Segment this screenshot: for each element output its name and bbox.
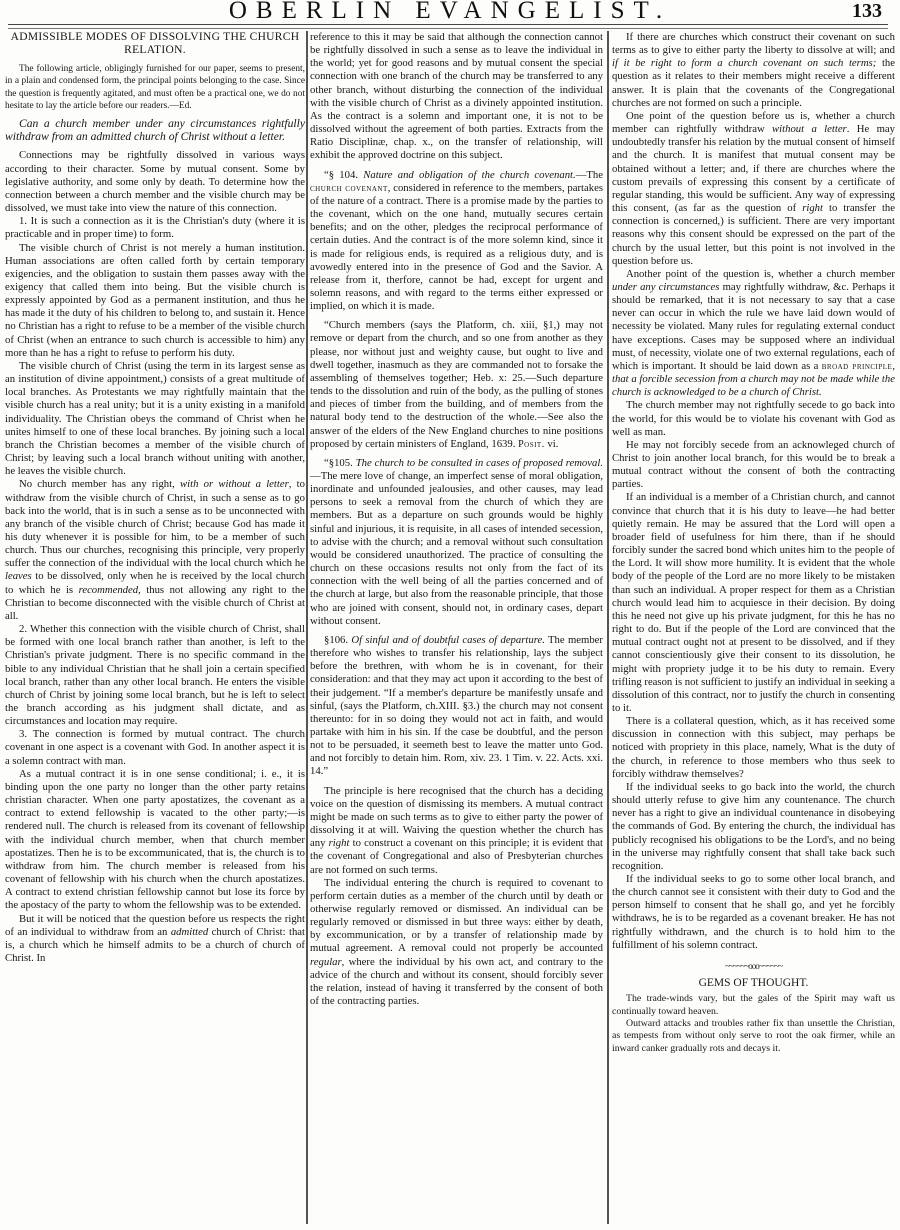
- column-divider: [306, 31, 308, 1224]
- gem-item: The trade-winds vary, but the gales of t…: [612, 993, 895, 1018]
- platform-quote: “Church members (says the Platform, ch. …: [310, 319, 603, 451]
- masthead: OBERLIN EVANGELIST. 133: [0, 0, 900, 24]
- paragraph: If an individual is a member of a Christ…: [612, 491, 895, 715]
- article-question: Can a church member under any circumstan…: [5, 117, 305, 144]
- paragraph: Connections may be rightfully dissolved …: [5, 149, 305, 215]
- paragraph: reference to this it may be said that al…: [310, 31, 603, 163]
- paragraph: 1. It is such a connection as it is the …: [5, 215, 305, 241]
- paragraph: The individual entering the church is re…: [310, 877, 603, 1009]
- article-heading: ADMISSIBLE MODES OF DISSOLVING THE CHURC…: [5, 31, 305, 57]
- paragraph: If there are churches which construct th…: [612, 31, 895, 110]
- editor-intro: The following article, obligingly furnis…: [5, 63, 305, 113]
- ornamental-divider: ~~~~~~ooo~~~~~~: [612, 960, 895, 973]
- paragraph: He may not forcibly secede from an ackno…: [612, 439, 895, 492]
- masthead-rule: [8, 24, 888, 29]
- section-105: “§105. The church to be consulted in cas…: [310, 457, 603, 628]
- paragraph: There is a collateral question, which, a…: [612, 715, 895, 781]
- paragraph: Another point of the question is, whethe…: [612, 268, 895, 400]
- paragraph: 3. The connection is formed by mutual co…: [5, 728, 305, 767]
- column-divider: [607, 31, 609, 1224]
- paragraph: If the individual seeks to go back into …: [612, 781, 895, 873]
- newspaper-title: OBERLIN EVANGELIST.: [0, 0, 900, 25]
- paragraph: 2. Whether this connection with the visi…: [5, 623, 305, 728]
- section-104: “§ 104. Nature and obligation of the chu…: [310, 169, 603, 314]
- paragraph: The principle is here recognised that th…: [310, 785, 603, 877]
- paragraph: No church member has any right, with or …: [5, 478, 305, 623]
- gems-heading: GEMS OF THOUGHT.: [612, 977, 895, 990]
- page-number: 133: [852, 0, 882, 23]
- paragraph: One point of the question before us is, …: [612, 110, 895, 268]
- column-3: If there are churches which construct th…: [612, 31, 895, 1055]
- section-106: §106. Of sinful and of doubtful cases of…: [310, 634, 603, 779]
- gem-item: Outward attacks and troubles rather fix …: [612, 1018, 895, 1055]
- paragraph: The visible church of Christ (using the …: [5, 360, 305, 478]
- paragraph: If the individual seeks to go to some ot…: [612, 873, 895, 952]
- column-2: reference to this it may be said that al…: [310, 31, 603, 1008]
- column-1: ADMISSIBLE MODES OF DISSOLVING THE CHURC…: [5, 31, 305, 965]
- paragraph: But it will be noticed that the question…: [5, 913, 305, 966]
- paragraph: As a mutual contract it is in one sense …: [5, 768, 305, 913]
- paragraph: The visible church of Christ is not mere…: [5, 242, 305, 360]
- paragraph: The church member may not rightfully sec…: [612, 399, 895, 438]
